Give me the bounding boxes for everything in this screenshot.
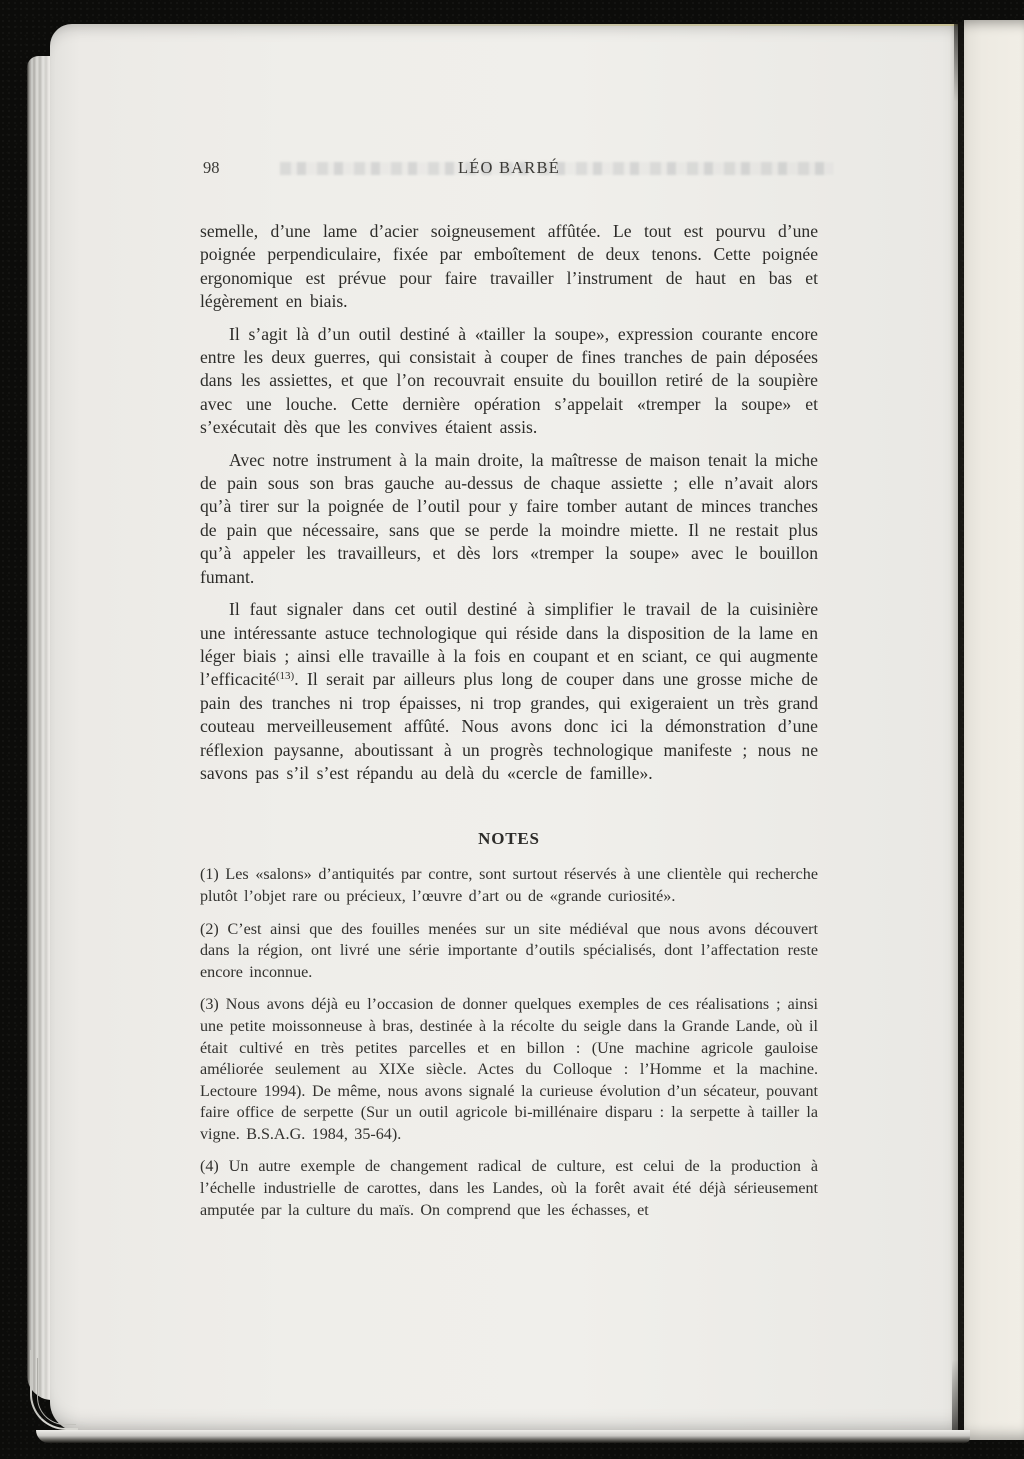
page-top-edge	[60, 24, 958, 26]
paragraph-2: Il s’agit là d’un outil destiné à «taill…	[200, 323, 818, 440]
body-text: semelle, d’une lame d’acier soigneusemen…	[200, 220, 818, 785]
paragraph-3: Avec notre instrument à la main droite, …	[200, 449, 818, 589]
page-content: 98 LÉO BARBÉ semelle, d’une lame d’acier…	[200, 158, 818, 1232]
notes-section: NOTES (1) Les «salons» d’antiquités par …	[200, 829, 818, 1221]
note-item-1: (1) Les «salons» d’antiquités par contre…	[200, 864, 818, 907]
facing-page-sliver	[964, 20, 1024, 1440]
bottom-page-edge	[36, 1430, 970, 1443]
paragraph-1: semelle, d’une lame d’acier soigneusemen…	[200, 220, 818, 314]
left-page-edge-stack	[27, 56, 52, 1400]
book-scan-spread: 98 LÉO BARBÉ semelle, d’une lame d’acier…	[0, 0, 1024, 1459]
paragraph-4-text: . Il serait par ailleurs plus long de co…	[200, 669, 818, 783]
page-corner-edge	[37, 1358, 76, 1425]
paragraph-4: Il faut signaler dans cet outil destiné …	[200, 598, 818, 785]
note-item-3: (3) Nous avons déjà eu l’occasion de don…	[200, 994, 818, 1145]
running-header: 98 LÉO BARBÉ	[200, 158, 818, 180]
running-header-title: LÉO BARBÉ	[200, 158, 818, 178]
footnote-reference-13: (13)	[276, 670, 294, 682]
note-item-2: (2) C’est ainsi que des fouilles menées …	[200, 919, 818, 984]
notes-heading: NOTES	[200, 829, 818, 849]
note-item-4: (4) Un autre exemple de changement radic…	[200, 1156, 818, 1221]
